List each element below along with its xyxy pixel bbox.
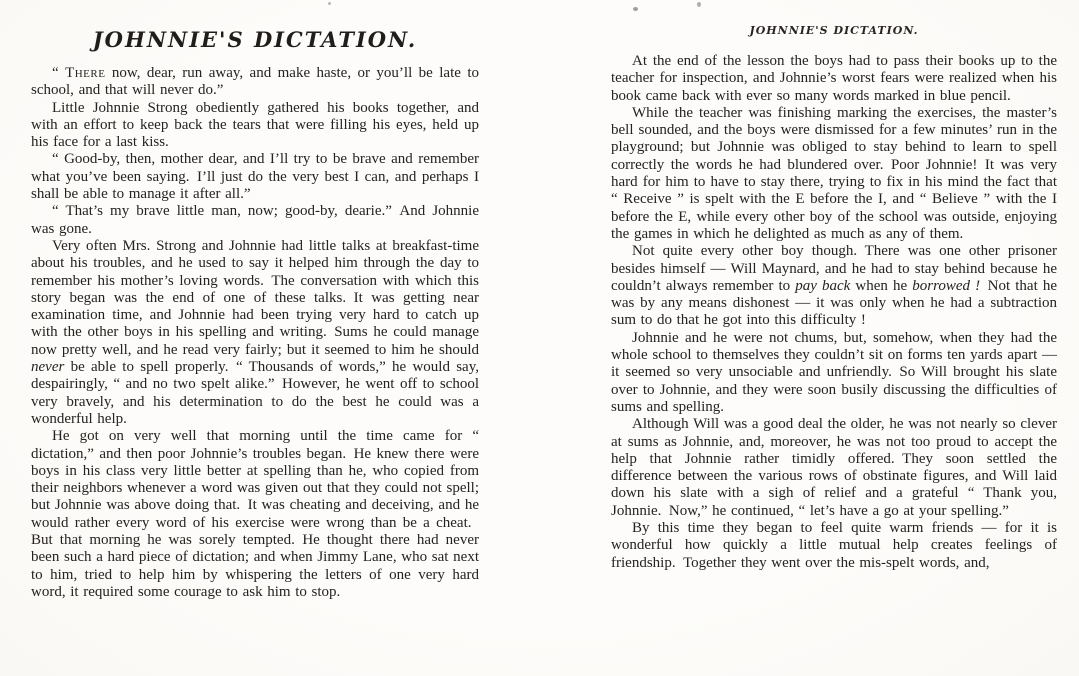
paragraph: While the teacher was finishing marking … — [611, 105, 1057, 243]
scan-speck — [633, 7, 638, 11]
paragraph: “ There now, dear, run away, and make ha… — [31, 65, 479, 100]
page-title: JOHNNIE'S DICTATION. — [31, 27, 479, 52]
paragraph: By this time they began to feel quite wa… — [611, 520, 1057, 572]
page-left-body: “ There now, dear, run away, and make ha… — [31, 65, 479, 601]
book-spread: JOHNNIE'S DICTATION. “ There now, dear, … — [0, 0, 1079, 676]
paragraph: Little Johnnie Strong obediently gathere… — [31, 100, 479, 152]
page-right-body: At the end of the lesson the boys had to… — [611, 53, 1057, 572]
page-left: JOHNNIE'S DICTATION. “ There now, dear, … — [31, 27, 479, 601]
paragraph: “ That’s my brave little man, now; good-… — [31, 203, 479, 238]
paragraph: Although Will was a good deal the older,… — [611, 416, 1057, 520]
running-header: JOHNNIE'S DICTATION. — [611, 24, 1057, 37]
paragraph: At the end of the lesson the boys had to… — [611, 53, 1057, 105]
page-right: JOHNNIE'S DICTATION. At the end of the l… — [611, 24, 1057, 572]
scan-speck — [697, 2, 701, 7]
paragraph: Not quite every other boy though. There … — [611, 243, 1057, 329]
paragraph: “ Good-by, then, mother dear, and I’ll t… — [31, 151, 479, 203]
paragraph: He got on very well that morning until t… — [31, 428, 479, 601]
paragraph: Johnnie and he were not chums, but, some… — [611, 330, 1057, 416]
scan-speck — [328, 2, 331, 5]
paragraph: Very often Mrs. Strong and Johnnie had l… — [31, 238, 479, 428]
